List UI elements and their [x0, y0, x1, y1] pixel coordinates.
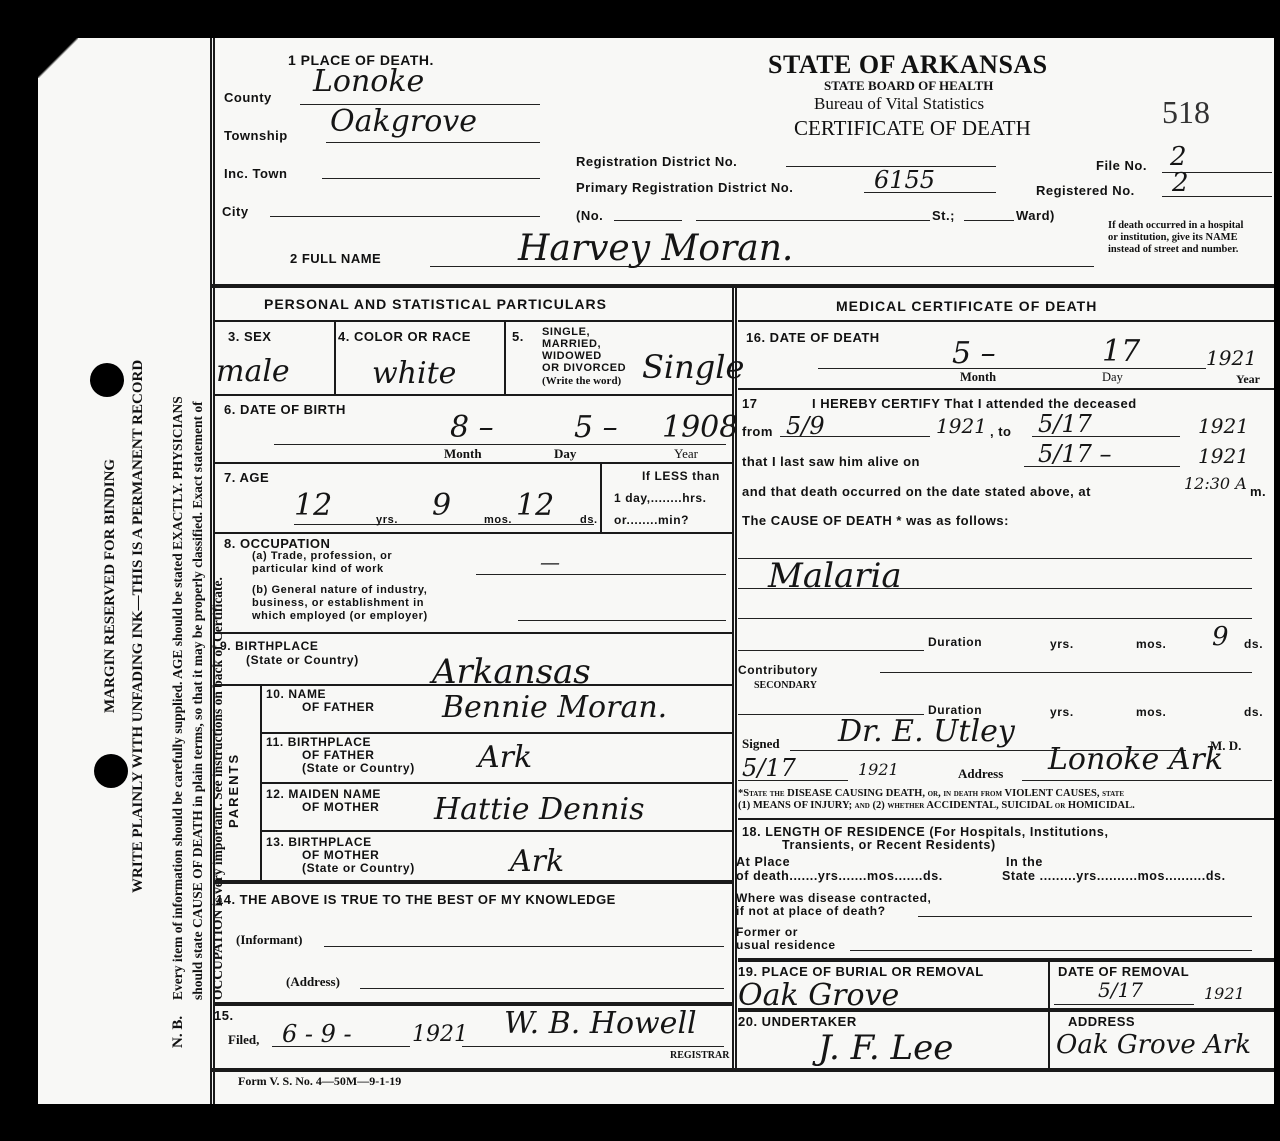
county-value[interactable]: Lonoke — [313, 64, 424, 99]
contributory-label: Contributory — [738, 664, 818, 677]
footnote-line-1: *State the DISEASE CAUSING DEATH, or, in… — [738, 788, 1124, 799]
undertaker-label: 20. UNDERTAKER — [738, 1014, 857, 1029]
punch-hole-bottom — [94, 754, 128, 788]
inc-town-line — [322, 178, 540, 179]
signed-year[interactable]: 1921 — [858, 760, 899, 779]
hospital-note: If death occurred in a hospital or insti… — [1108, 220, 1254, 256]
margin-binding-text: MARGIN RESERVED FOR BINDING — [102, 459, 119, 713]
race-value[interactable]: white — [372, 356, 456, 391]
dod-label: 16. DATE OF DEATH — [746, 330, 880, 345]
informant-line — [324, 946, 724, 947]
certificate-title: CERTIFICATE OF DEATH — [794, 116, 1031, 141]
death-time-suffix: m. — [1250, 484, 1266, 499]
punch-hole-top — [90, 363, 124, 397]
less-than-3: or........min? — [614, 514, 689, 527]
marital-value[interactable]: Single — [642, 348, 744, 386]
physician-signature[interactable]: Dr. E. Utley — [838, 714, 1015, 749]
last-saw-label: that I last saw him alive on — [742, 454, 920, 469]
occupation-label: 8. OCCUPATION — [224, 536, 330, 551]
mother-bp-label-3: (State or Country) — [302, 862, 415, 875]
marital-label-5: (Write the word) — [542, 375, 621, 387]
margin-write-plainly: WRITE PLAINLY WITH UNFADING INK—THIS IS … — [130, 360, 147, 893]
age-months[interactable]: 9 — [432, 488, 451, 523]
father-bp-label-3: (State or Country) — [302, 762, 415, 775]
dod-month-caption: Month — [960, 370, 996, 385]
margin-nb-line-2: should state CAUSE OF DEATH in plain ter… — [190, 401, 206, 1000]
board-of-health: STATE BOARD OF HEALTH — [824, 78, 993, 94]
removal-date-label: DATE OF REMOVAL — [1058, 964, 1189, 979]
age-ds-label: ds. — [580, 514, 598, 527]
occupation-b-3: which employed (or employer) — [252, 610, 428, 623]
dod-year[interactable]: 1921 — [1206, 346, 1257, 370]
age-label: 7. AGE — [224, 470, 269, 485]
dob-label: 6. DATE OF BIRTH — [224, 402, 346, 417]
dod-month[interactable]: 5 – — [952, 336, 996, 371]
left-border — [210, 38, 215, 1104]
physician-address-label: Address — [958, 766, 1003, 782]
occupation-a-value[interactable]: — — [540, 550, 560, 574]
ward-line — [964, 220, 1014, 221]
attended-to-label: , to — [990, 424, 1012, 439]
primary-district-value[interactable]: 6155 — [874, 166, 935, 194]
signed-date-value[interactable]: 5/17 — [742, 754, 796, 782]
occupation-b-2: business, or establishment in — [252, 597, 424, 610]
city-line — [270, 216, 540, 217]
marital-num: 5. — [512, 329, 524, 344]
filed-num: 15. — [214, 1008, 234, 1023]
header-divider — [212, 284, 1274, 288]
margin-nb-line-1: Every item of information should be care… — [170, 396, 186, 1000]
cause-of-death-value[interactable]: Malaria — [768, 556, 902, 596]
at-place-1: At Place — [736, 856, 790, 869]
removal-year[interactable]: 1921 — [1204, 984, 1245, 1003]
ward-label: Ward) — [1016, 208, 1055, 223]
mother-bp-value[interactable]: Ark — [510, 844, 564, 879]
knowledge-statement: 14. THE ABOVE IS TRUE TO THE BEST OF MY … — [216, 892, 616, 907]
removal-date-value[interactable]: 5/17 — [1098, 978, 1143, 1002]
primary-district-label: Primary Registration District No. — [576, 180, 793, 195]
certify-text: I HEREBY CERTIFY That I attended the dec… — [812, 396, 1137, 411]
attended-from-label: from — [742, 424, 773, 439]
dod-year-caption: Year — [1236, 372, 1260, 387]
street-label: St.; — [932, 208, 955, 223]
sex-value[interactable]: male — [216, 354, 290, 389]
state-title: STATE OF ARKANSAS — [768, 50, 1048, 80]
form-number: Form V. S. No. 4—50M—9-1-19 — [238, 1074, 401, 1089]
dob-month[interactable]: 8 – — [450, 410, 494, 445]
occupation-a-2: particular kind of work — [252, 563, 384, 576]
parents-label: PARENTS — [226, 753, 241, 828]
race-label: 4. COLOR OR RACE — [338, 329, 471, 344]
duration-mos-1: mos. — [1136, 638, 1166, 651]
filed-label: Filed, — [228, 1032, 259, 1048]
duration-yrs-1: yrs. — [1050, 638, 1074, 651]
duration-label-1: Duration — [928, 636, 982, 649]
certificate-number: 518 — [1162, 94, 1210, 131]
death-occurred-label: and that death occurred on the date stat… — [742, 484, 1091, 499]
registrar-label: REGISTRAR — [670, 1050, 729, 1061]
sex-label: 3. SEX — [228, 329, 271, 344]
less-than-1: If LESS than — [642, 470, 720, 483]
mother-name-value[interactable]: Hattie Dennis — [434, 792, 644, 827]
registered-no-value[interactable]: 2 — [1172, 168, 1189, 198]
informant-label: (Informant) — [236, 932, 302, 948]
footnote-line-2: (1) MEANS OF INJURY; and (2) whether ACC… — [738, 800, 1135, 811]
mother-name-label-2: OF MOTHER — [302, 801, 379, 814]
attended-from-year[interactable]: 1921 — [936, 414, 987, 438]
father-bp-value[interactable]: Ark — [478, 740, 532, 775]
attended-from-value[interactable]: 5/9 — [786, 412, 825, 440]
filed-date[interactable]: 6 - 9 - — [282, 1020, 352, 1048]
medical-heading: MEDICAL CERTIFICATE OF DEATH — [836, 298, 1097, 314]
father-name-label-2: OF FATHER — [302, 701, 375, 714]
attended-to-year[interactable]: 1921 — [1198, 414, 1249, 438]
township-line — [326, 142, 540, 143]
age-years[interactable]: 12 — [294, 488, 332, 523]
duration-ds-2: ds. — [1244, 706, 1263, 719]
former-residence-2: usual residence — [736, 939, 836, 952]
occupation-a-1: (a) Trade, profession, or — [252, 550, 392, 563]
bureau-vital-statistics: Bureau of Vital Statistics — [814, 94, 984, 114]
registration-district-label: Registration District No. — [576, 154, 737, 169]
full-name-label: 2 FULL NAME — [290, 251, 381, 266]
file-no-label: File No. — [1096, 158, 1147, 173]
county-label: County — [224, 90, 272, 105]
less-than-2: 1 day,........hrs. — [614, 492, 707, 505]
residence-label-2: Transients, or Recent Residents) — [782, 839, 996, 852]
last-saw-year[interactable]: 1921 — [1198, 444, 1249, 468]
age-yrs-label: yrs. — [376, 514, 398, 527]
death-time-value[interactable]: 12:30 A — [1184, 474, 1247, 493]
street-no-label: (No. — [576, 208, 603, 223]
birthplace-label-2: (State or Country) — [246, 654, 359, 667]
birthplace-label-1: 9. BIRTHPLACE — [220, 640, 318, 653]
inc-town-label: Inc. Town — [224, 166, 287, 181]
last-saw-value[interactable]: 5/17 – — [1038, 440, 1112, 468]
margin-nb-label: N. B. — [170, 1016, 187, 1048]
full-name-value[interactable]: Harvey Moran. — [518, 228, 793, 269]
address-label: (Address) — [286, 974, 340, 990]
address-line — [360, 988, 724, 989]
dod-day[interactable]: 17 — [1102, 334, 1140, 369]
secondary-label: SECONDARY — [754, 680, 817, 691]
occupation-b-1: (b) General nature of industry, — [252, 584, 427, 597]
certify-num: 17 — [742, 396, 757, 411]
signed-label: Signed — [742, 736, 780, 752]
duration-mos-2: mos. — [1136, 706, 1166, 719]
undertaker-address-label: ADDRESS — [1068, 1014, 1135, 1029]
registered-no-label: Registered No. — [1036, 183, 1135, 198]
city-label: City — [222, 204, 249, 219]
death-certificate: MARGIN RESERVED FOR BINDING WRITE PLAINL… — [38, 38, 1274, 1104]
personal-heading: PERSONAL AND STATISTICAL PARTICULARS — [264, 296, 607, 312]
burial-label: 19. PLACE OF BURIAL OR REMOVAL — [738, 964, 984, 979]
filed-year[interactable]: 1921 — [412, 1022, 468, 1047]
undertaker-value[interactable]: J. F. Lee — [818, 1028, 953, 1068]
street-no-line — [614, 220, 682, 221]
age-days[interactable]: 12 — [516, 488, 554, 523]
marital-label-4: OR DIVORCED — [542, 362, 626, 375]
age-mos-label: mos. — [484, 514, 512, 527]
physician-address-value[interactable]: Lonoke Ark — [1048, 742, 1223, 777]
dob-day-caption: Day — [554, 446, 576, 462]
dob-year[interactable]: 1908 — [662, 410, 738, 445]
registrar-signature[interactable]: W. B. Howell — [504, 1006, 697, 1041]
undertaker-address-value[interactable]: Oak Grove Ark — [1056, 1030, 1251, 1060]
cause-of-death-label: The CAUSE OF DEATH * was as follows: — [742, 513, 1009, 528]
duration-yrs-2: yrs. — [1050, 706, 1074, 719]
at-place-2: of death.......yrs.......mos.......ds. — [736, 870, 943, 883]
in-state-2: State .........yrs..........mos.........… — [1002, 870, 1226, 883]
duration-ds-1: ds. — [1244, 638, 1263, 651]
father-name-value[interactable]: Bennie Moran. — [442, 690, 667, 725]
dod-day-caption: Day — [1102, 370, 1123, 385]
duration-days-value[interactable]: 9 — [1212, 622, 1229, 652]
township-value[interactable]: Oakgrove — [330, 104, 477, 139]
contracted-2: if not at place of death? — [736, 905, 886, 918]
birthplace-value[interactable]: Arkansas — [432, 652, 591, 692]
attended-to-value[interactable]: 5/17 — [1038, 410, 1092, 438]
in-state-1: In the — [1006, 856, 1043, 869]
dob-day[interactable]: 5 – — [574, 410, 618, 445]
dob-year-caption: Year — [674, 446, 698, 462]
dob-month-caption: Month — [444, 446, 482, 462]
street-name-line — [696, 220, 930, 221]
township-label: Township — [224, 128, 288, 143]
